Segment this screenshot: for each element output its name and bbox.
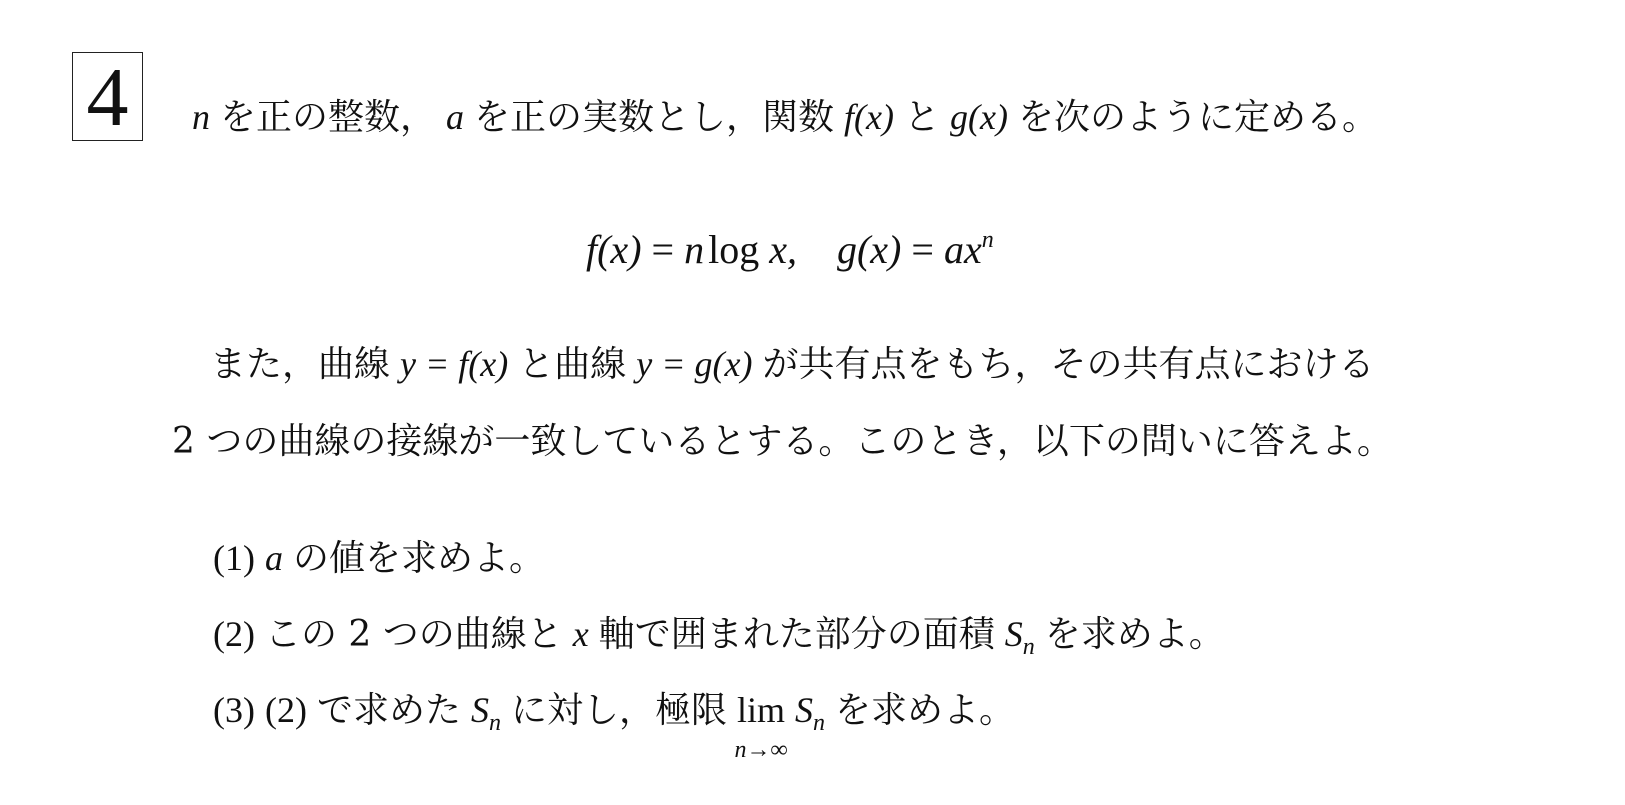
equals-sign: = bbox=[911, 227, 934, 272]
area-S: S bbox=[1005, 614, 1023, 654]
condition-text-3: が共有点をもち，その共有点における bbox=[763, 344, 1375, 385]
question-3-text-3: を求めよ。 bbox=[835, 690, 1015, 731]
f-rhs-x: x, bbox=[769, 227, 797, 272]
curve-y-g: y = g(x) bbox=[636, 344, 752, 384]
g-lhs: g(x) bbox=[837, 227, 901, 272]
var-a: a bbox=[446, 97, 464, 137]
var-a: a bbox=[265, 538, 283, 578]
area-S: S bbox=[471, 690, 489, 730]
intro-text-4: を次のように定める。 bbox=[1018, 97, 1378, 138]
condition-text-2: と曲線 bbox=[518, 344, 626, 385]
question-label-1: (1) bbox=[213, 538, 255, 578]
problem-number-box: 4 bbox=[72, 52, 143, 141]
area-S-subscript: n bbox=[813, 710, 825, 736]
condition-text-1: また，曲線 bbox=[210, 344, 390, 385]
intro-text-1: を正の整数， bbox=[220, 97, 436, 138]
question-2-text-1: この 2 つの曲線と bbox=[265, 614, 563, 655]
condition-line-2: 2 つの曲線の接線が一致しているとする。このとき，以下の問いに答えよ。 bbox=[172, 420, 1393, 464]
g-of-x: g(x) bbox=[950, 97, 1008, 137]
g-exponent: n bbox=[982, 227, 994, 253]
question-3: (3)(2)で求めたSnに対し，極限limn→∞Snを求めよ。 bbox=[213, 688, 1015, 745]
question-text-1: の値を求めよ。 bbox=[293, 538, 545, 579]
var-n: n bbox=[192, 97, 210, 137]
question-label-2: (2) bbox=[213, 614, 255, 654]
problem-number: 4 bbox=[87, 56, 129, 140]
question-1: (1)aの値を求めよ。 bbox=[213, 536, 545, 581]
area-S-subscript: n bbox=[1023, 634, 1035, 660]
curve-y-f: y = f(x) bbox=[400, 344, 508, 384]
f-of-x: f(x) bbox=[844, 97, 894, 137]
question-ref: (2) bbox=[265, 690, 307, 730]
equals-sign: = bbox=[652, 227, 675, 272]
intro-text-2: を正の実数とし，関数 bbox=[474, 97, 834, 138]
definition-formula: f(x) = nlog x,g(x) = axn bbox=[586, 226, 994, 273]
intro-line: nを正の整数，aを正の実数とし，関数f(x)とg(x)を次のように定める。 bbox=[192, 95, 1378, 140]
limit-expression: limn→∞ bbox=[737, 688, 785, 733]
var-x: x bbox=[573, 614, 589, 654]
question-2-text-3: を求めよ。 bbox=[1045, 614, 1225, 655]
question-3-text-1: で求めた bbox=[317, 690, 461, 731]
intro-text-3: と bbox=[904, 97, 940, 138]
question-3-text-2: に対し，極限 bbox=[511, 690, 727, 731]
area-S-subscript: n bbox=[489, 710, 501, 736]
condition-text-4: 2 つの曲線の接線が一致しているとする。このとき，以下の問いに答えよ。 bbox=[172, 421, 1393, 462]
f-rhs-n: n bbox=[684, 227, 704, 272]
lim-subscript: n→∞ bbox=[734, 728, 787, 772]
condition-line-1: また，曲線y = f(x)と曲線y = g(x)が共有点をもち，その共有点におけ… bbox=[210, 342, 1375, 387]
area-S: S bbox=[795, 690, 813, 730]
question-2-text-2: 軸で囲まれた部分の面積 bbox=[599, 614, 995, 655]
log-operator: log bbox=[708, 227, 759, 272]
f-lhs: f(x) bbox=[586, 227, 642, 272]
question-2: (2)この 2 つの曲線とx軸で囲まれた部分の面積Snを求めよ。 bbox=[213, 612, 1225, 669]
question-label-3: (3) bbox=[213, 690, 255, 730]
g-rhs-ax: ax bbox=[944, 227, 982, 272]
lim-operator: lim bbox=[737, 690, 785, 730]
